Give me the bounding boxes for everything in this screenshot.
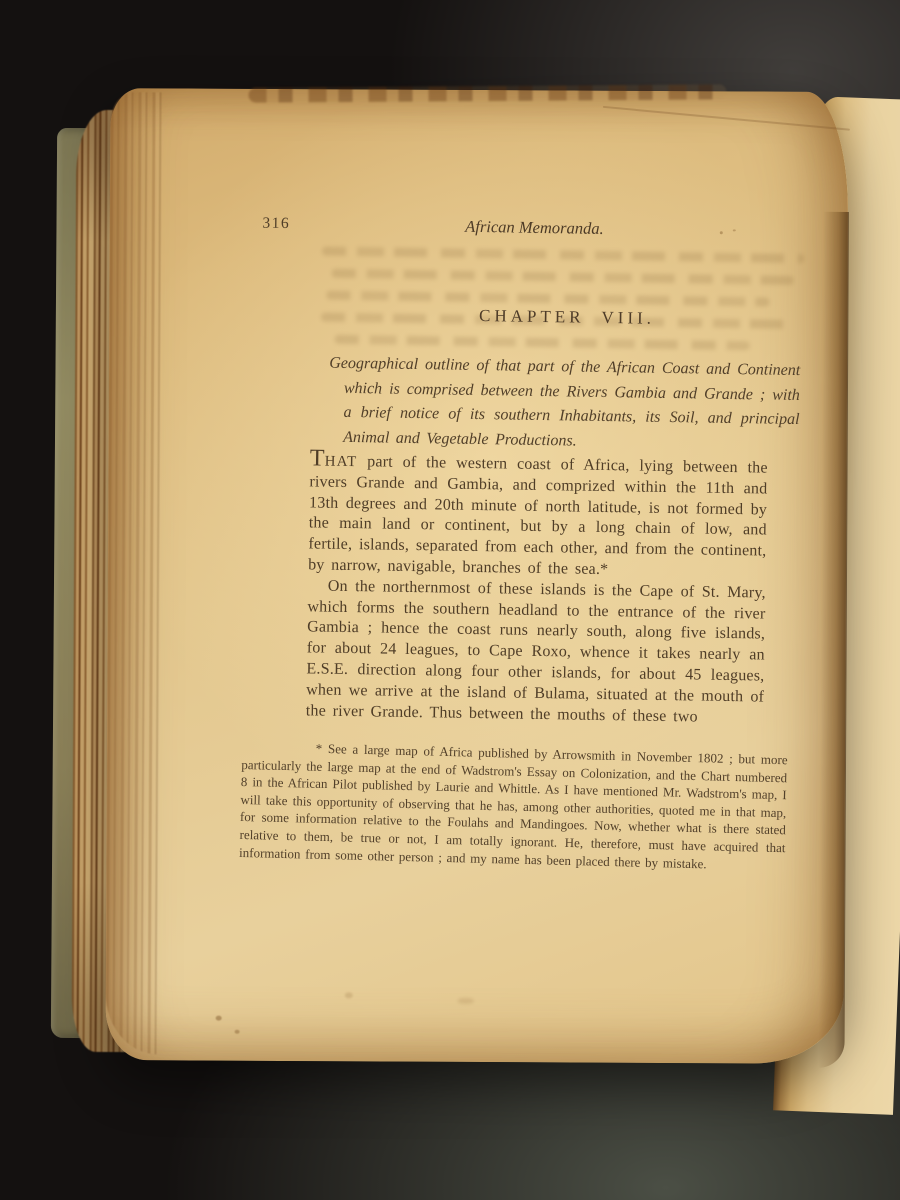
footnote: * See a large map of Africa published by… — [239, 738, 788, 874]
stain-spot — [733, 229, 736, 231]
paragraph-2: On the northernmost of these islands is … — [306, 576, 766, 729]
stain-spot — [235, 1030, 240, 1034]
show-through-text — [320, 247, 804, 365]
show-through-line — [335, 335, 750, 351]
body-text: THAT part of the western coast of Africa… — [306, 448, 768, 729]
paragraph-1: THAT part of the western coast of Africa… — [308, 448, 768, 583]
stain-smudge — [345, 992, 353, 998]
stain-smudge — [458, 998, 474, 1004]
paragraph-1-text: part of the western coast of Africa, lyi… — [308, 453, 768, 578]
chapter-heading: CHAPTER VIII. — [479, 306, 655, 329]
stain-spot — [216, 1016, 222, 1021]
chapter-summary: Geographical outline of that part of the… — [328, 352, 800, 458]
show-through-line — [331, 269, 794, 285]
book-page: 316 African Memoranda. CHAPTER VIII. Geo… — [105, 88, 848, 1064]
book-photograph: 316 African Memoranda. CHAPTER VIII. Geo… — [0, 0, 900, 1200]
page-number: 316 — [262, 215, 290, 233]
lead-capital: T — [310, 445, 325, 471]
stain-spot — [720, 231, 723, 234]
running-header: African Memoranda. — [465, 217, 604, 239]
page-content: 316 African Memoranda. CHAPTER VIII. Geo… — [99, 84, 852, 1067]
show-through-line — [322, 247, 804, 264]
show-through-line — [326, 291, 770, 307]
lead-smallcaps: HAT — [325, 454, 358, 471]
